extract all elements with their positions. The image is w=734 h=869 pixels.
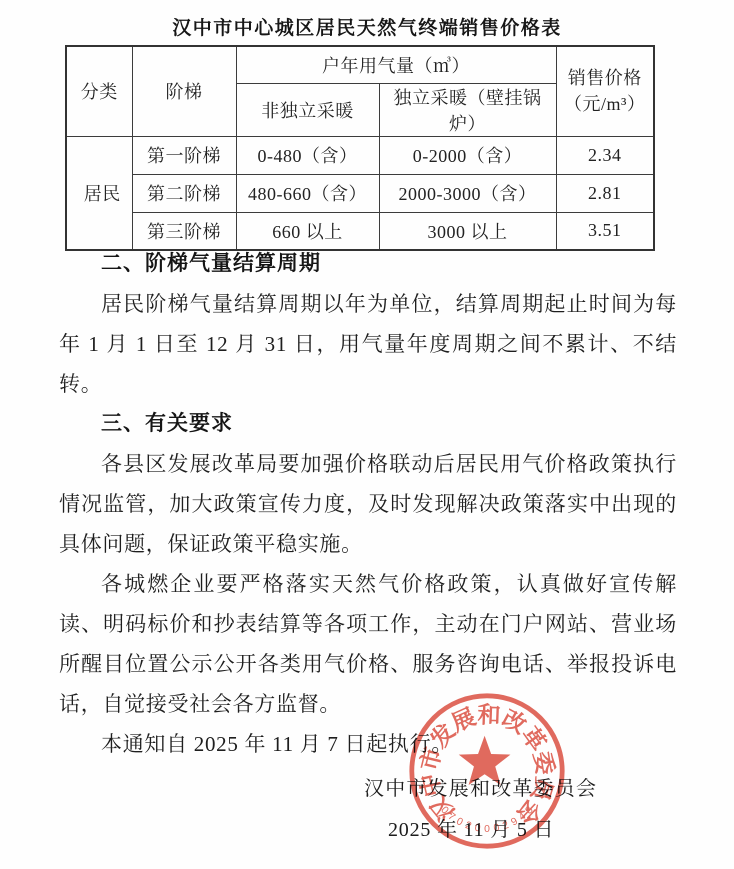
section-heading-settlement-period: 二、阶梯气量结算周期 [59, 244, 677, 284]
document-page: 汉中市中心城区居民天然气终端销售价格表 分类 阶梯 户年用气量（㎥） 销售价格 … [0, 0, 734, 869]
col-header-category: 分类 [66, 46, 132, 136]
col-header-price: 销售价格 （元/m³） [556, 46, 654, 136]
paragraph-settlement-period: 居民阶梯气量结算周期以年为单位，结算周期起止时间为每年 1 月 1 日至 12 … [59, 284, 677, 404]
price-table: 分类 阶梯 户年用气量（㎥） 销售价格 （元/m³） 非独立采暖 独立采暖（壁挂… [65, 45, 655, 251]
signature-issuer: 汉中市发展和改革委员会 [364, 772, 597, 801]
price-cell: 2.81 [556, 174, 654, 212]
independent-cell: 2000-3000（含） [379, 174, 556, 212]
table-row: 第二阶梯 480-660（含） 2000-3000（含） 2.81 [66, 174, 654, 212]
price-cell: 2.34 [556, 136, 654, 174]
price-header-line1: 销售价格 [559, 65, 652, 91]
col-header-usage: 户年用气量（㎥） [236, 46, 556, 83]
paragraph-supervision: 各县区发展改革局要加强价格联动后居民用气价格政策执行情况监管，加大政策宣传力度，… [59, 444, 677, 564]
independent-cell: 0-2000（含） [379, 136, 556, 174]
col-header-non-independent: 非独立采暖 [236, 83, 379, 136]
paragraph-effective-date: 本通知自 2025 年 11 月 7 日起执行。 [59, 724, 677, 764]
table-header-row-1: 分类 阶梯 户年用气量（㎥） 销售价格 （元/m³） [66, 46, 654, 83]
table-row: 居民 第一阶梯 0-480（含） 0-2000（含） 2.34 [66, 136, 654, 174]
non-independent-cell: 0-480（含） [236, 136, 379, 174]
price-header-line2: （元/m³） [559, 91, 652, 117]
body-text: 二、阶梯气量结算周期 居民阶梯气量结算周期以年为单位，结算周期起止时间为每年 1… [59, 244, 677, 764]
col-header-independent: 独立采暖（壁挂锅炉） [379, 83, 556, 136]
paragraph-gas-companies: 各城燃企业要严格落实天然气价格政策，认真做好宣传解读、明码标价和抄表结算等各项工… [59, 564, 677, 724]
signature-date: 2025 年 11 月 5 日 [388, 813, 554, 842]
section-heading-requirements: 三、有关要求 [59, 404, 677, 444]
col-header-tier: 阶梯 [132, 46, 236, 136]
category-cell: 居民 [66, 136, 132, 250]
tier-cell: 第二阶梯 [132, 174, 236, 212]
tier-cell: 第一阶梯 [132, 136, 236, 174]
document-title: 汉中市中心城区居民天然气终端销售价格表 [0, 13, 734, 40]
non-independent-cell: 480-660（含） [236, 174, 379, 212]
